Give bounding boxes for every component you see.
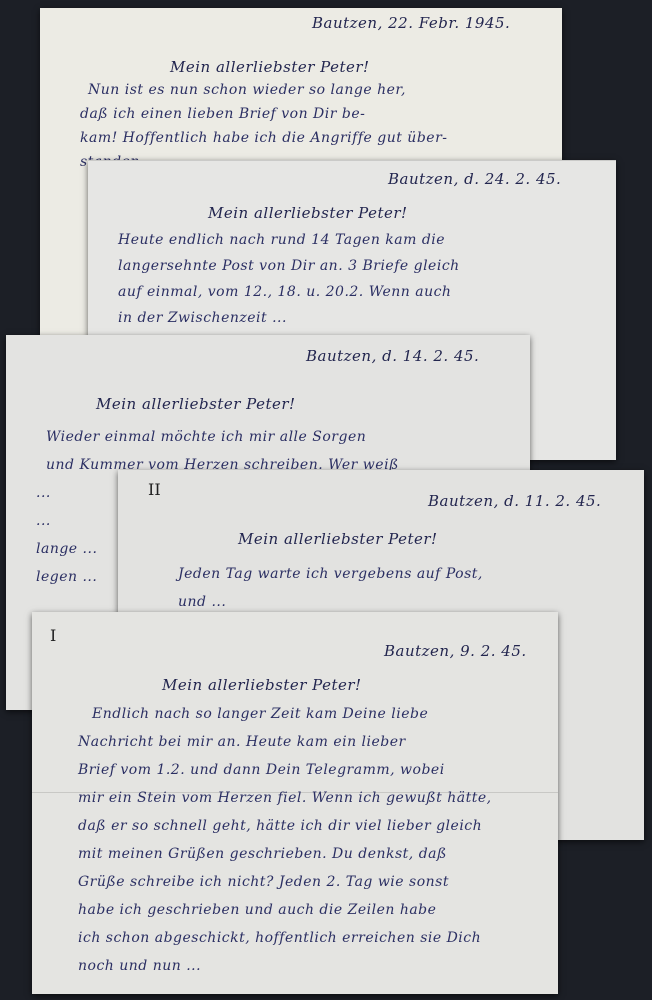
letter-line: ... xyxy=(36,513,51,529)
letter-line: Jeden Tag warte ich vergebens auf Post, xyxy=(178,566,483,582)
letter-line: Endlich nach so langer Zeit kam Deine li… xyxy=(92,706,428,722)
margin-mark: II xyxy=(148,480,161,499)
letter-line: noch und nun ... xyxy=(78,958,201,974)
letter-line: daß ich einen lieben Brief von Dir be- xyxy=(80,106,365,122)
letter-line: in der Zwischenzeit ... xyxy=(118,310,287,326)
letter-line: langersehnte Post von Dir an. 3 Briefe g… xyxy=(118,258,460,274)
letter-line: ich schon abgeschickt, hoffentlich errei… xyxy=(78,930,481,946)
letter-date: Bautzen, d. 11. 2. 45. xyxy=(428,492,601,510)
letter-line: mit meinen Grüßen geschrieben. Du denkst… xyxy=(78,846,447,862)
letter-line: lange ... xyxy=(36,541,97,557)
letter-line: mir ein Stein vom Herzen fiel. Wenn ich … xyxy=(78,790,492,806)
letter-greeting: Mein allerliebster Peter! xyxy=(96,395,296,413)
letter-line: Grüße schreibe ich nicht? Jeden 2. Tag w… xyxy=(78,874,449,890)
letter-greeting: Mein allerliebster Peter! xyxy=(238,530,438,548)
letter-line: Brief vom 1.2. und dann Dein Telegramm, … xyxy=(78,762,445,778)
letter-line: ... xyxy=(36,485,51,501)
letter-greeting: Mein allerliebster Peter! xyxy=(170,58,370,76)
letter-date: Bautzen, d. 14. 2. 45. xyxy=(306,347,479,365)
letter-line: Nun ist es nun schon wieder so lange her… xyxy=(88,82,406,98)
letter-line: Wieder einmal möchte ich mir alle Sorgen xyxy=(46,429,366,445)
letter-line: Nachricht bei mir an. Heute kam ein lieb… xyxy=(78,734,406,750)
letter-sheet-5: I Bautzen, 9. 2. 45. Mein allerliebster … xyxy=(32,612,558,994)
margin-mark: I xyxy=(50,626,56,645)
letter-line: kam! Hoffentlich habe ich die Angriffe g… xyxy=(80,130,448,146)
letter-date: Bautzen, 9. 2. 45. xyxy=(384,642,527,660)
letter-greeting: Mein allerliebster Peter! xyxy=(208,204,408,222)
letter-line: Heute endlich nach rund 14 Tagen kam die xyxy=(118,232,445,248)
letter-greeting: Mein allerliebster Peter! xyxy=(162,676,362,694)
letter-line: daß er so schnell geht, hätte ich dir vi… xyxy=(78,818,482,834)
letter-date: Bautzen, d. 24. 2. 45. xyxy=(388,170,561,188)
letter-line: und ... xyxy=(178,594,226,610)
letter-line: legen ... xyxy=(36,569,97,585)
letter-date: Bautzen, 22. Febr. 1945. xyxy=(312,14,510,32)
letter-line: habe ich geschrieben und auch die Zeilen… xyxy=(78,902,436,918)
letter-line: auf einmal, vom 12., 18. u. 20.2. Wenn a… xyxy=(118,284,451,300)
